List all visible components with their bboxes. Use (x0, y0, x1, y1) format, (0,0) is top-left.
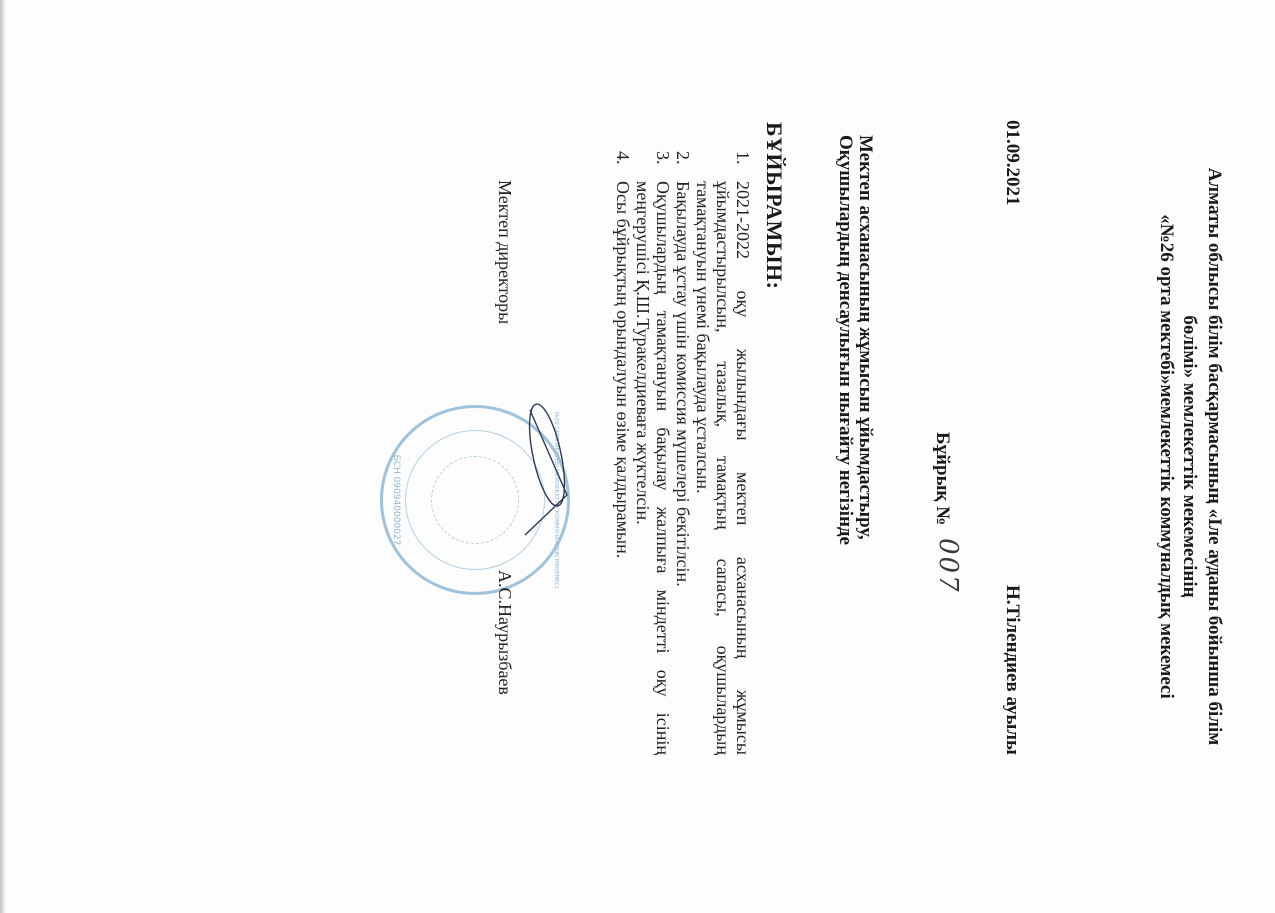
order-item-text: меңгерушісі Қ.Ш.Туракелдиеваға жүктелсін… (633, 181, 653, 525)
order-label: Бұйрық № (931, 432, 953, 525)
signature-position: Мектеп директоры (494, 180, 515, 324)
order-item-text: міндетті (653, 590, 673, 654)
order-item-text: сапасы, (713, 559, 733, 617)
stamp-emblem-icon (431, 456, 519, 544)
header-line-2: бөлімі» мемлекеттік мекемесінің (1178, 0, 1200, 913)
order-item-text: мектеп (733, 472, 753, 525)
order-item-text: бақылау (653, 427, 673, 490)
order-item-line: меңгерушісі Қ.Ш.Туракелдиеваға жүктелсін… (633, 155, 653, 755)
order-item-text: оқушылардың (713, 646, 733, 755)
order-item-text: жылындағы (733, 349, 753, 441)
order-item-number: 3. (653, 151, 673, 177)
order-item-line: 3.Оқушылардыңтамақтануынбақылаужалпығамі… (653, 155, 673, 755)
order-item-text: оқу (653, 670, 673, 697)
order-item-number: 1. (733, 151, 753, 177)
document-page: Алматы облысы білім басқармасының «Іле а… (0, 0, 1275, 913)
order-item-number: 4. (613, 151, 633, 177)
order-item-text: оқу (733, 290, 753, 317)
order-item-line: тамақтануын үнемі бақылауда ұсталсын. (693, 155, 713, 755)
order-item-line: 1.2021-2022оқужылындағымектепасханасының… (733, 155, 753, 755)
handwritten-signature (515, 400, 575, 550)
order-item-text: тазалық, (713, 361, 733, 427)
stamp-bin: БСН 090940000027 (391, 455, 401, 546)
title-line-1: Мектеп асханасының жұмысын ұйымдастыру, (855, 135, 875, 540)
order-item-text: жалпыға (653, 507, 673, 574)
order-item-text: Оқушылардың (653, 181, 673, 294)
order-heading: БҰЙЫРАМЫН: (761, 122, 787, 289)
header-line-3: «№26 орта мектебі»мемлекеттік коммуналды… (1155, 0, 1177, 913)
order-item-text: Осы бұйрықтың орындалуын өзіме қалдырамы… (613, 181, 633, 558)
order-item-line: 2.Бақылауда ұстау үшін комиссия мүшелері… (673, 155, 693, 755)
order-item-text: ұйымдастырылсын, (713, 181, 733, 333)
order-item-text: тамақтануын үнемі бақылауда ұсталсын. (693, 181, 713, 494)
order-number: 007 (933, 538, 963, 594)
order-item: 3.Оқушылардыңтамақтануынбақылаужалпығамі… (633, 155, 673, 755)
order-item: 4.Осы бұйрықтың орындалуын өзіме қалдыра… (613, 155, 633, 755)
order-item-text: асханасының (733, 557, 753, 659)
order-item: 1.2021-2022оқужылындағымектепасханасының… (693, 155, 753, 755)
order-item-text: Бақылауда ұстау үшін комиссия мүшелері б… (673, 181, 693, 587)
order-item-text: 2021-2022 (733, 181, 753, 259)
order-item: 2.Бақылауда ұстау үшін комиссия мүшелері… (673, 155, 693, 755)
order-item-text: ісінің (653, 713, 673, 755)
order-item-line: ұйымдастырылсын,тазалық,тамақтыңсапасы,о… (713, 155, 733, 755)
header-line-1: Алматы облысы білім басқармасының «Іле а… (1203, 0, 1225, 913)
page-edge-shadow (0, 0, 6, 913)
order-item-text: тамақтануын (653, 311, 673, 412)
signature-name: А.С.Наурызбаев (494, 570, 515, 695)
order-items-list: 1.2021-2022оқужылындағымектепасханасының… (613, 155, 753, 755)
title-line-2: Оқушылардың денсаулығын нығайту негізінд… (835, 135, 855, 545)
order-item-text: жұмысы (733, 690, 753, 755)
document-date: 01.09.2021 (1001, 120, 1023, 206)
document-place: Н.Тілендиев ауылы (1001, 585, 1023, 755)
order-item-line: 4.Осы бұйрықтың орындалуын өзіме қалдыра… (613, 155, 633, 755)
order-item-number: 2. (673, 151, 693, 177)
order-item-text: тамақтың (713, 456, 733, 530)
